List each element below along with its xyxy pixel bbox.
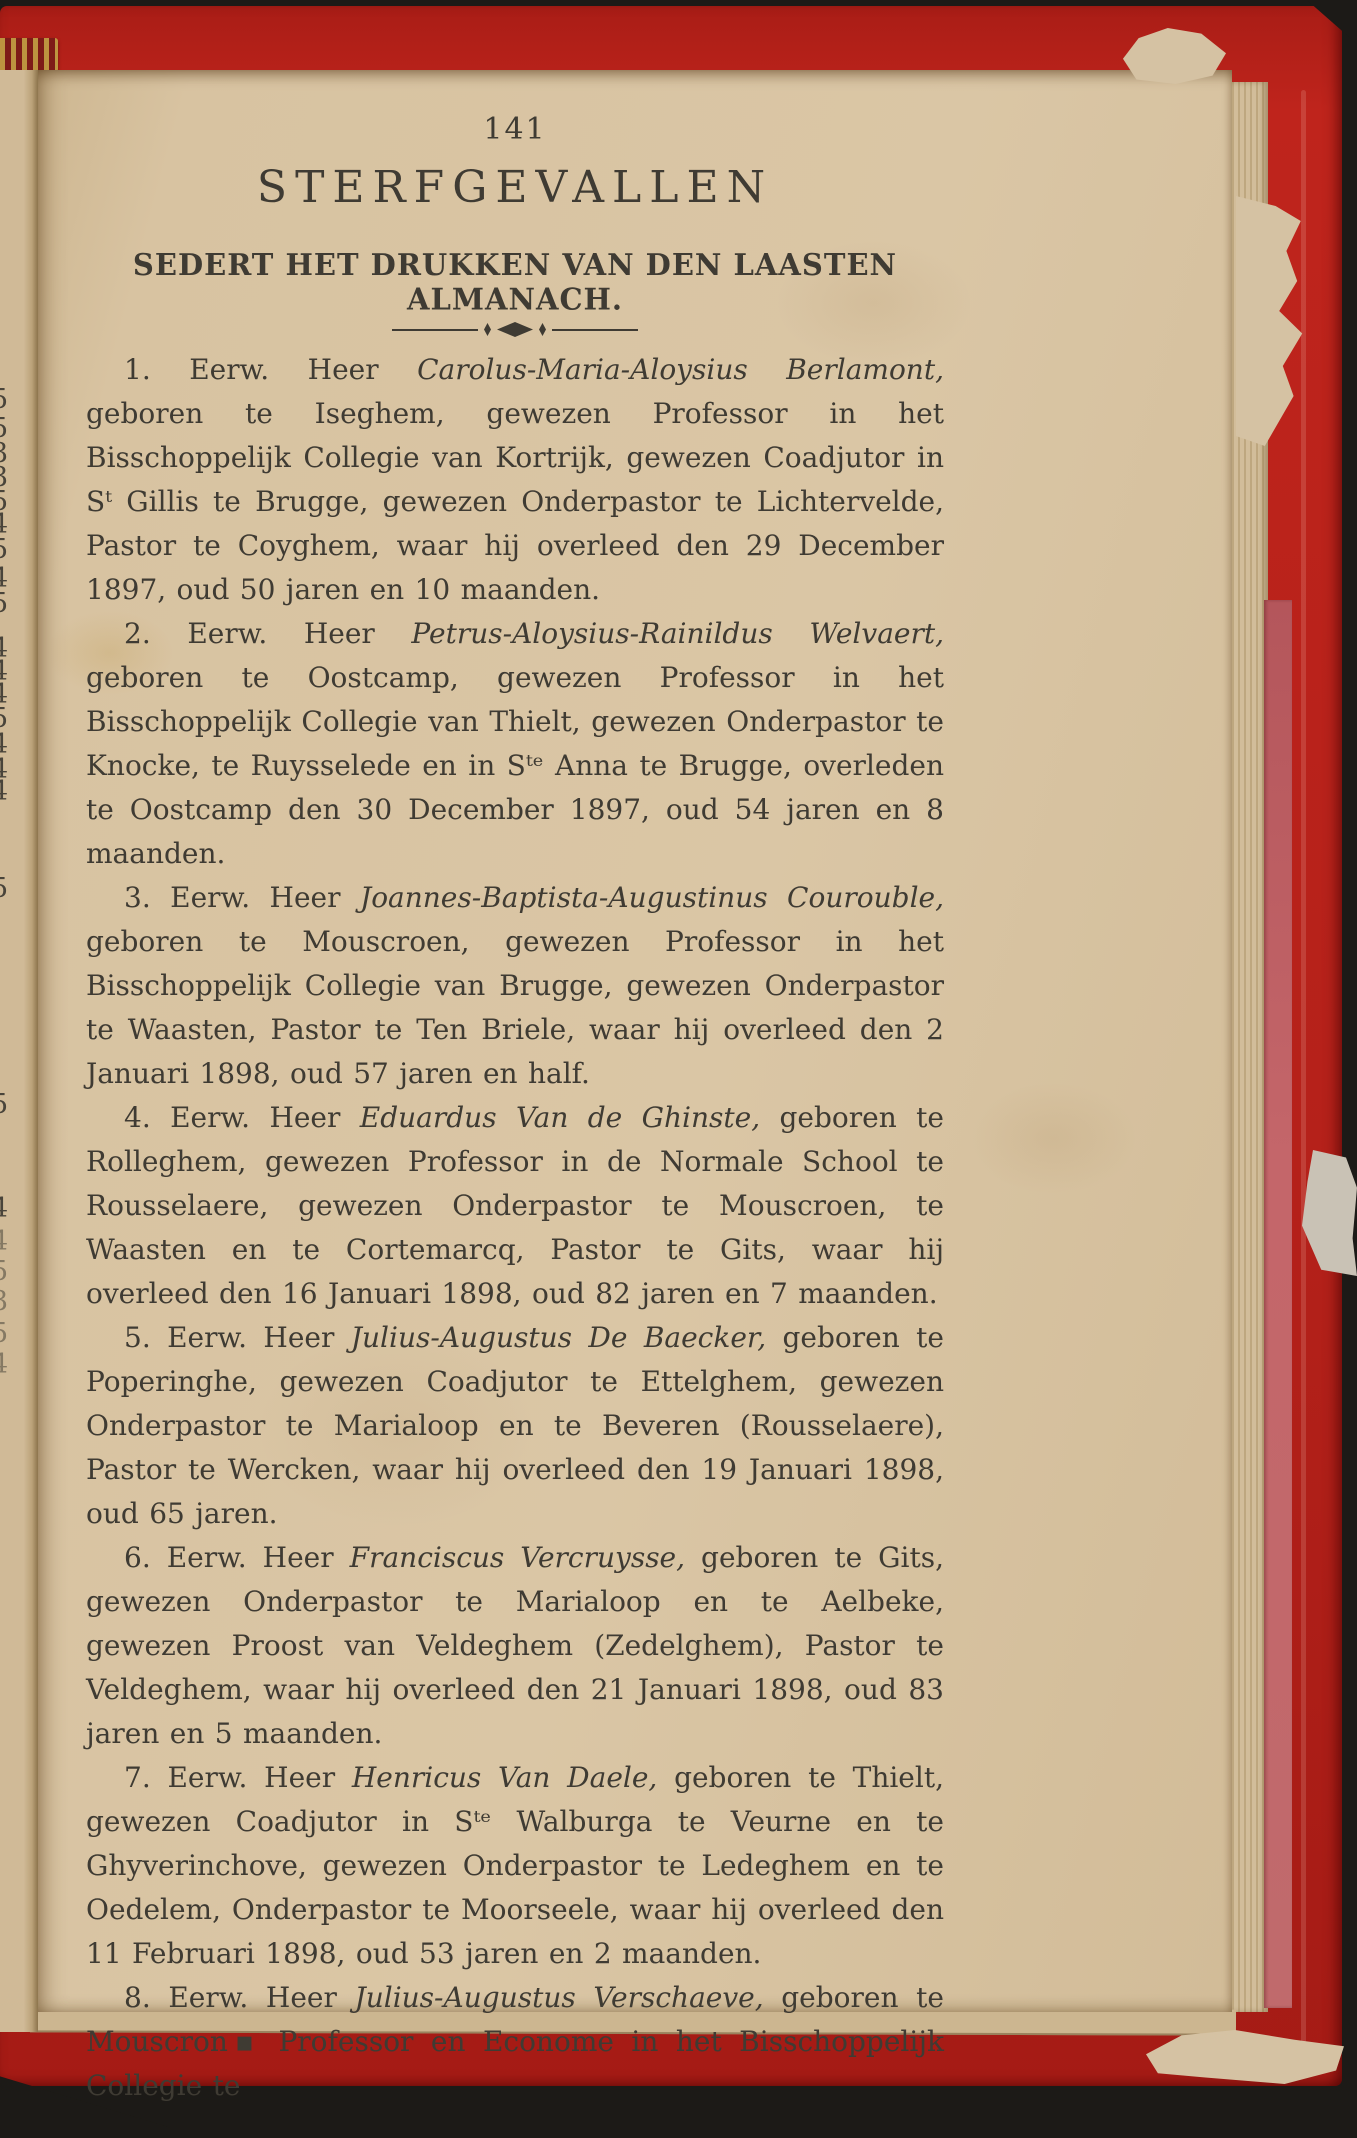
obituary-entry: 4. Eerw. Heer Eduardus Van de Ghinste, g… xyxy=(86,1096,944,1316)
obituary-entry: 5. Eerw. Heer Julius-Augustus De Baecker… xyxy=(86,1316,944,1536)
section-divider-ornament xyxy=(86,322,944,337)
cutoff-margin-digit: 5 xyxy=(0,1318,25,1349)
priest-name: Julius-Augustus Verschaeve, xyxy=(354,1981,763,2014)
entry-intro: Eerw. Heer xyxy=(170,881,340,914)
entry-number: 6. xyxy=(124,1541,151,1574)
entry-intro: Eerw. Heer xyxy=(170,1101,340,1134)
cutoff-margin-digit: 5 xyxy=(0,1256,25,1287)
obituary-entry: 8. Eerw. Heer Julius-Augustus Verschaeve… xyxy=(86,1976,944,2108)
priest-name: Franciscus Vercruysse, xyxy=(350,1541,685,1574)
cutoff-margin-digit: 5 xyxy=(0,588,25,619)
entry-intro: Eerw. Heer xyxy=(167,1541,334,1574)
cover-fold-ridge xyxy=(1301,90,1306,2060)
cutoff-margin-digit: 4 xyxy=(0,1349,25,1380)
ornament-bead-left xyxy=(484,323,491,336)
entry-number: 5. xyxy=(124,1321,151,1354)
entry-body-text: geboren te Oostcamp, gewezen Professor i… xyxy=(86,661,944,870)
cutoff-margin-digit: 5 xyxy=(0,1089,25,1120)
page-edge-pink-strip xyxy=(1264,600,1292,2008)
entry-body-text: geboren te Mouscroen, gewezen Professor … xyxy=(86,925,944,1090)
obituary-entry: 2. Eerw. Heer Petrus-Aloysius-Rainildus … xyxy=(86,612,944,876)
page-subtitle: SEDERT HET DRUKKEN VAN DEN LAASTEN ALMAN… xyxy=(58,247,972,316)
entry-intro: Eerw. Heer xyxy=(167,1761,335,1794)
entry-intro: Eerw. Heer xyxy=(189,353,378,386)
obituary-entry: 1. Eerw. Heer Carolus-Maria-Aloysius Ber… xyxy=(86,348,944,612)
ornament-line-right xyxy=(552,329,638,331)
priest-name: Joannes-Baptista-Augustinus Courouble, xyxy=(360,881,944,914)
cutoff-margin-digit: 5 xyxy=(0,534,25,565)
entry-intro: Eerw. Heer xyxy=(187,617,374,650)
entry-intro: Eerw. Heer xyxy=(168,1981,337,2014)
priest-name: Eduardus Van de Ghinste, xyxy=(360,1101,760,1134)
priest-name: Carolus-Maria-Aloysius Berlamont, xyxy=(417,353,944,386)
book-endband-stripes xyxy=(0,38,58,72)
cutoff-margin-digit: 4 xyxy=(0,1226,25,1257)
obituary-entry: 6. Eerw. Heer Franciscus Vercruysse, geb… xyxy=(86,1536,944,1756)
page-title: STERFGEVALLEN xyxy=(86,162,944,213)
cutoff-margin-digit: 5 xyxy=(0,384,25,415)
priest-name: Julius-Augustus De Baecker, xyxy=(351,1321,766,1354)
ornament-bead-right xyxy=(539,323,546,336)
cutoff-margin-digit: 4 xyxy=(0,776,25,807)
entry-number: 8. xyxy=(124,1981,151,2014)
cutoff-margin-digit: 3 xyxy=(0,1286,25,1317)
entry-number: 4. xyxy=(124,1101,151,1134)
book-page: 141 STERFGEVALLEN SEDERT HET DRUKKEN VAN… xyxy=(38,70,1232,2012)
entry-body-text: geboren te Iseghem, gewezen Professor in… xyxy=(86,397,944,606)
obituary-entry: 3. Eerw. Heer Joannes-Baptista-Augustinu… xyxy=(86,876,944,1096)
ornament-line-left xyxy=(392,329,478,331)
entry-number: 7. xyxy=(124,1761,151,1794)
priest-name: Petrus-Aloysius-Rainildus Welvaert, xyxy=(411,617,944,650)
obituary-entry: 7. Eerw. Heer Henricus Van Daele, gebore… xyxy=(86,1756,944,1976)
page-number: 141 xyxy=(86,112,944,147)
entry-number: 1. xyxy=(124,353,151,386)
priest-name: Henricus Van Daele, xyxy=(352,1761,657,1794)
cutoff-margin-digit: 4 xyxy=(0,1193,25,1224)
cutoff-margin-digit: 5 xyxy=(0,873,25,904)
obituary-text-block: 1. Eerw. Heer Carolus-Maria-Aloysius Ber… xyxy=(86,348,944,2108)
facing-page-edge-strip: 553354545444544455445354 xyxy=(0,70,38,2032)
entry-number: 2. xyxy=(124,617,151,650)
entry-intro: Eerw. Heer xyxy=(167,1321,334,1354)
ornament-diamond xyxy=(497,322,533,337)
entry-number: 3. xyxy=(124,881,151,914)
